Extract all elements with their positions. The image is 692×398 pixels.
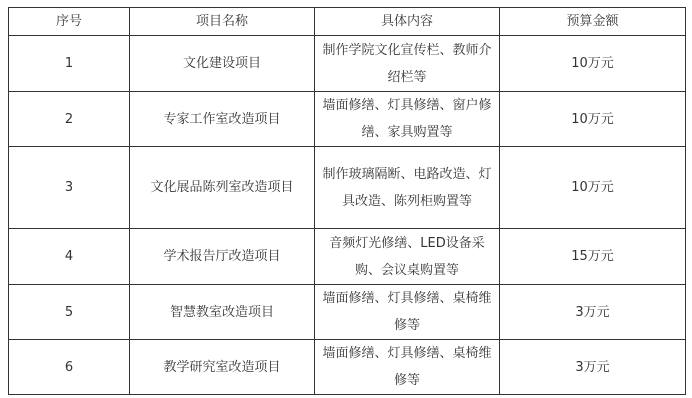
cell-project-name: 教学研究室改造项目 [130,340,315,395]
table-row: 4 学术报告厅改造项目 音频灯光修缮、LED设备采购、会议桌购置等 15万元 [9,229,686,285]
cell-content: 墙面修缮、灯具修缮、窗户修缮、家具购置等 [315,92,500,147]
cell-serial-number: 4 [9,229,130,285]
cell-budget: 15万元 [500,229,686,285]
table-row: 6 教学研究室改造项目 墙面修缮、灯具修缮、桌椅维修等 3万元 [9,340,686,395]
cell-budget: 3万元 [500,340,686,395]
cell-content: 制作玻璃隔断、电路改造、灯具改造、陈列柜购置等 [315,147,500,229]
table-row: 1 文化建设项目 制作学院文化宣传栏、教师介绍栏等 10万元 [9,36,686,92]
cell-project-name: 文化建设项目 [130,36,315,92]
cell-budget: 10万元 [500,147,686,229]
table-row: 3 文化展品陈列室改造项目 制作玻璃隔断、电路改造、灯具改造、陈列柜购置等 10… [9,147,686,229]
cell-content: 制作学院文化宣传栏、教师介绍栏等 [315,36,500,92]
cell-serial-number: 6 [9,340,130,395]
cell-serial-number: 3 [9,147,130,229]
cell-project-name: 智慧教室改造项目 [130,285,315,340]
header-project-name: 项目名称 [130,8,315,36]
table-header-row: 序号 项目名称 具体内容 预算金额 [9,8,686,36]
cell-content: 音频灯光修缮、LED设备采购、会议桌购置等 [315,229,500,285]
cell-project-name: 文化展品陈列室改造项目 [130,147,315,229]
header-content: 具体内容 [315,8,500,36]
cell-budget: 10万元 [500,36,686,92]
cell-project-name: 学术报告厅改造项目 [130,229,315,285]
cell-budget: 10万元 [500,92,686,147]
table-row: 2 专家工作室改造项目 墙面修缮、灯具修缮、窗户修缮、家具购置等 10万元 [9,92,686,147]
cell-serial-number: 1 [9,36,130,92]
header-budget: 预算金额 [500,8,686,36]
budget-table: 序号 项目名称 具体内容 预算金额 1 文化建设项目 制作学院文化宣传栏、教师介… [8,7,686,395]
cell-content: 墙面修缮、灯具修缮、桌椅维修等 [315,285,500,340]
cell-content: 墙面修缮、灯具修缮、桌椅维修等 [315,340,500,395]
header-serial-number: 序号 [9,8,130,36]
cell-budget: 3万元 [500,285,686,340]
cell-serial-number: 5 [9,285,130,340]
cell-serial-number: 2 [9,92,130,147]
table-row: 5 智慧教室改造项目 墙面修缮、灯具修缮、桌椅维修等 3万元 [9,285,686,340]
cell-project-name: 专家工作室改造项目 [130,92,315,147]
